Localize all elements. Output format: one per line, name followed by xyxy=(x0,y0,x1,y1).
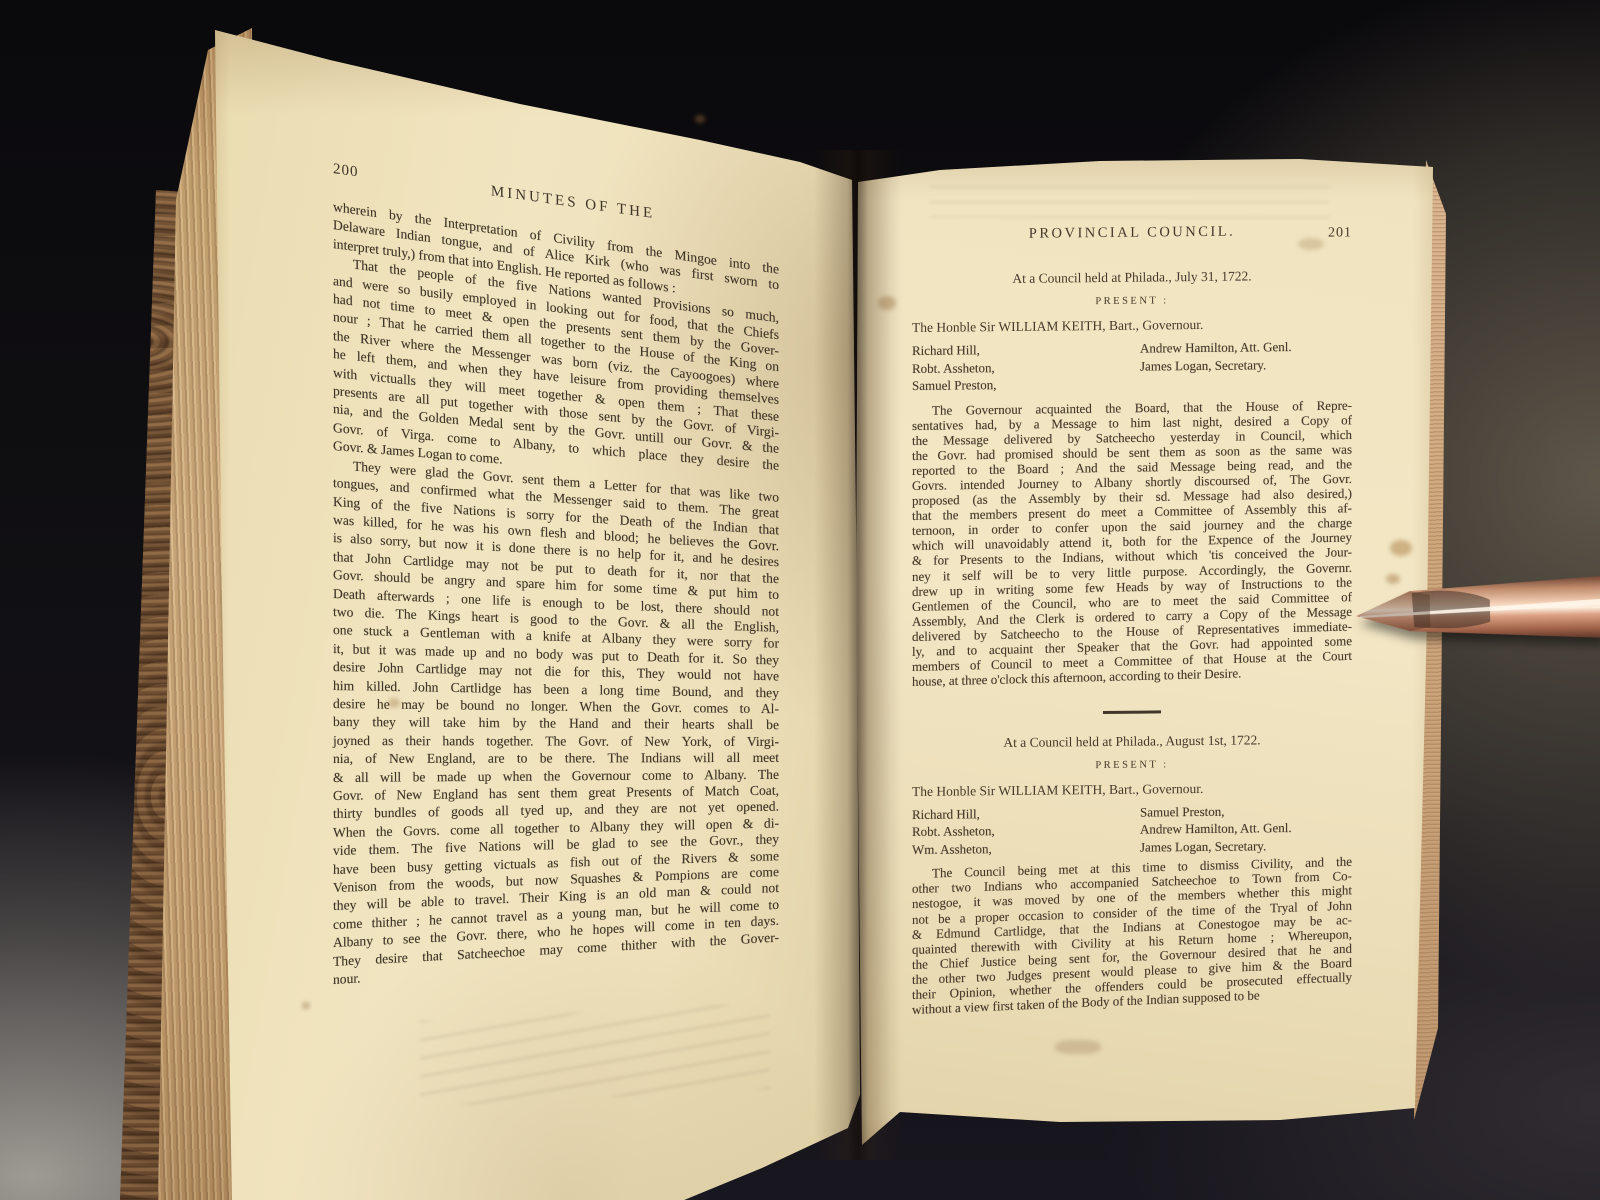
text-line: Samuel Preston, xyxy=(1140,802,1292,821)
governor-line: The Honble Sir WILLIAM KEITH, Bart., Gov… xyxy=(912,779,1352,799)
text-line: Wm. Assheton, xyxy=(912,838,1140,858)
council-meeting-july-31: At a Council held at Philada., July 31, … xyxy=(912,267,1352,689)
text-line: James Logan, Secretary. xyxy=(1140,837,1292,856)
attendees-column-2: Samuel Preston,Andrew Hamilton, Att. Gen… xyxy=(1140,802,1292,856)
section-divider xyxy=(1103,711,1161,714)
meeting-date-line: At a Council held at Philada., July 31, … xyxy=(912,267,1352,287)
attendees: Richard Hill,Robt. Assheton,Wm. Assheton… xyxy=(912,801,1352,858)
present-label: PRESENT : xyxy=(912,755,1352,775)
pen-graphic xyxy=(1351,572,1600,648)
page-number-left: 200 xyxy=(333,160,359,182)
paragraph: They were glad the Govr. sent them a Let… xyxy=(333,456,779,990)
attendees-column-1: Richard Hill,Robt. Assheton,Samuel Prest… xyxy=(912,340,1140,395)
present-label: PRESENT : xyxy=(912,291,1352,311)
attendees: Richard Hill,Robt. Assheton,Samuel Prest… xyxy=(912,338,1352,395)
text-line: Samuel Preston, xyxy=(912,375,1140,395)
council-meeting-august-1: At a Council held at Philada., August 1s… xyxy=(912,731,1352,1017)
right-page-header: PROVINCIAL COUNCIL. 201 xyxy=(912,223,1352,248)
left-page-text: 200 MINUTES OF THE wherein by the Interp… xyxy=(333,160,779,989)
page-number-right: 201 xyxy=(1328,225,1352,240)
photo-background: 200 MINUTES OF THE wherein by the Interp… xyxy=(0,0,1600,1200)
foxing-stain xyxy=(1055,1040,1101,1054)
meeting-paragraph: The Governour acquainted the Board, that… xyxy=(912,398,1352,689)
pen-tip-shading xyxy=(1356,591,1431,632)
text-line: James Logan, Secretary. xyxy=(1140,356,1292,375)
foxing-stain xyxy=(878,296,896,310)
right-page-text: PROVINCIAL COUNCIL. 201 At a Council hel… xyxy=(912,223,1352,1017)
meeting-date-line: At a Council held at Philada., August 1s… xyxy=(912,731,1352,751)
foxing-stain xyxy=(1390,540,1412,556)
text-line: Andrew Hamilton, Att. Genl. xyxy=(1140,819,1292,838)
attendees-column-1: Richard Hill,Robt. Assheton,Wm. Assheton… xyxy=(912,804,1140,859)
meeting-paragraph: The Council being met at this time to di… xyxy=(912,862,1352,1018)
foxing-stain xyxy=(695,115,705,123)
foxing-stain xyxy=(302,1002,310,1009)
attendees-column-2: Andrew Hamilton, Att. Genl.James Logan, … xyxy=(1140,338,1292,392)
text-line: Andrew Hamilton, Att. Genl. xyxy=(1140,338,1292,357)
governor-line: The Honble Sir WILLIAM KEITH, Bart., Gov… xyxy=(912,316,1352,336)
running-header-right: PROVINCIAL COUNCIL. xyxy=(912,223,1352,243)
copper-pen xyxy=(1351,572,1600,648)
